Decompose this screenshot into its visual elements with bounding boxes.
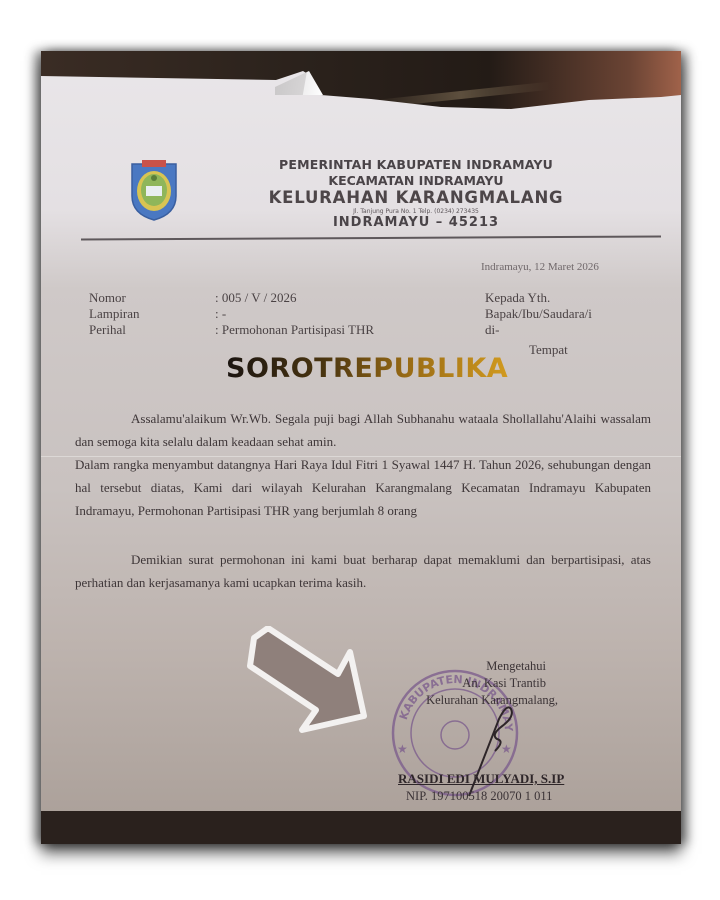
village-name: KELURAHAN KARANGMALANG bbox=[231, 188, 601, 207]
government-name: PEMERINTAH KABUPATEN INDRAMAYU bbox=[231, 157, 601, 172]
acknowledged-label: Mengetahui bbox=[386, 658, 596, 675]
signatory-role: An. Kasi Trantib bbox=[386, 675, 596, 692]
letterhead: PEMERINTAH KABUPATEN INDRAMAYU KECAMATAN… bbox=[81, 151, 661, 246]
recipient-at: di- bbox=[485, 322, 592, 338]
signatory-name: RASIDI EDI MULYADI, S.IP bbox=[398, 771, 564, 787]
greeting-paragraph: Assalamu'alaikum Wr.Wb. Segala puji bagi… bbox=[75, 407, 651, 453]
svg-text:★: ★ bbox=[397, 742, 408, 756]
meta-label: Nomor bbox=[89, 290, 215, 306]
recipient-block: Kepada Yth. Bapak/Ibu/Saudara/i di- Temp… bbox=[485, 290, 592, 358]
district-name: KECAMATAN INDRAMAYU bbox=[231, 173, 601, 188]
letter-photo: PEMERINTAH KABUPATEN INDRAMAYU KECAMATAN… bbox=[41, 51, 681, 844]
letter-body: Assalamu'alaikum Wr.Wb. Segala puji bagi… bbox=[75, 407, 651, 522]
meta-value: : - bbox=[215, 306, 455, 322]
meta-row-attachment: Lampiran : - bbox=[89, 306, 455, 322]
watermark: SOROTREPUBLIKA bbox=[226, 353, 508, 384]
organization-block: PEMERINTAH KABUPATEN INDRAMAYU KECAMATAN… bbox=[231, 157, 601, 230]
meta-label: Lampiran bbox=[89, 306, 215, 322]
meta-value: : Permohonan Partisipasi THR bbox=[215, 322, 455, 338]
meta-row-number: Nomor : 005 / V / 2026 bbox=[89, 290, 455, 306]
regency-coat-of-arms-icon bbox=[128, 156, 180, 222]
city-postcode: INDRAMAYU – 45213 bbox=[231, 215, 601, 230]
letter-date: Indramayu, 12 Maret 2026 bbox=[481, 261, 599, 273]
office-address: Jl. Tanjung Pura No. 1 Telp. (0234) 2734… bbox=[231, 208, 601, 215]
recipient-salutation: Kepada Yth. bbox=[485, 290, 592, 306]
request-paragraph: Dalam rangka menyambut datangnya Hari Ra… bbox=[75, 453, 651, 522]
arrow-down-right-icon bbox=[246, 626, 391, 746]
meta-row-subject: Perihal : Permohonan Partisipasi THR bbox=[89, 322, 455, 338]
meta-label: Perihal bbox=[89, 322, 215, 338]
letter-meta: Nomor : 005 / V / 2026 Lampiran : - Peri… bbox=[89, 290, 455, 338]
closing-paragraph: Demikian surat permohonan ini kami buat … bbox=[75, 548, 651, 594]
signatory-nip: NIP. 197100518 20070 1 011 bbox=[406, 789, 552, 804]
meta-value: : 005 / V / 2026 bbox=[215, 290, 455, 306]
recipient-addressee: Bapak/Ibu/Saudara/i bbox=[485, 306, 592, 322]
